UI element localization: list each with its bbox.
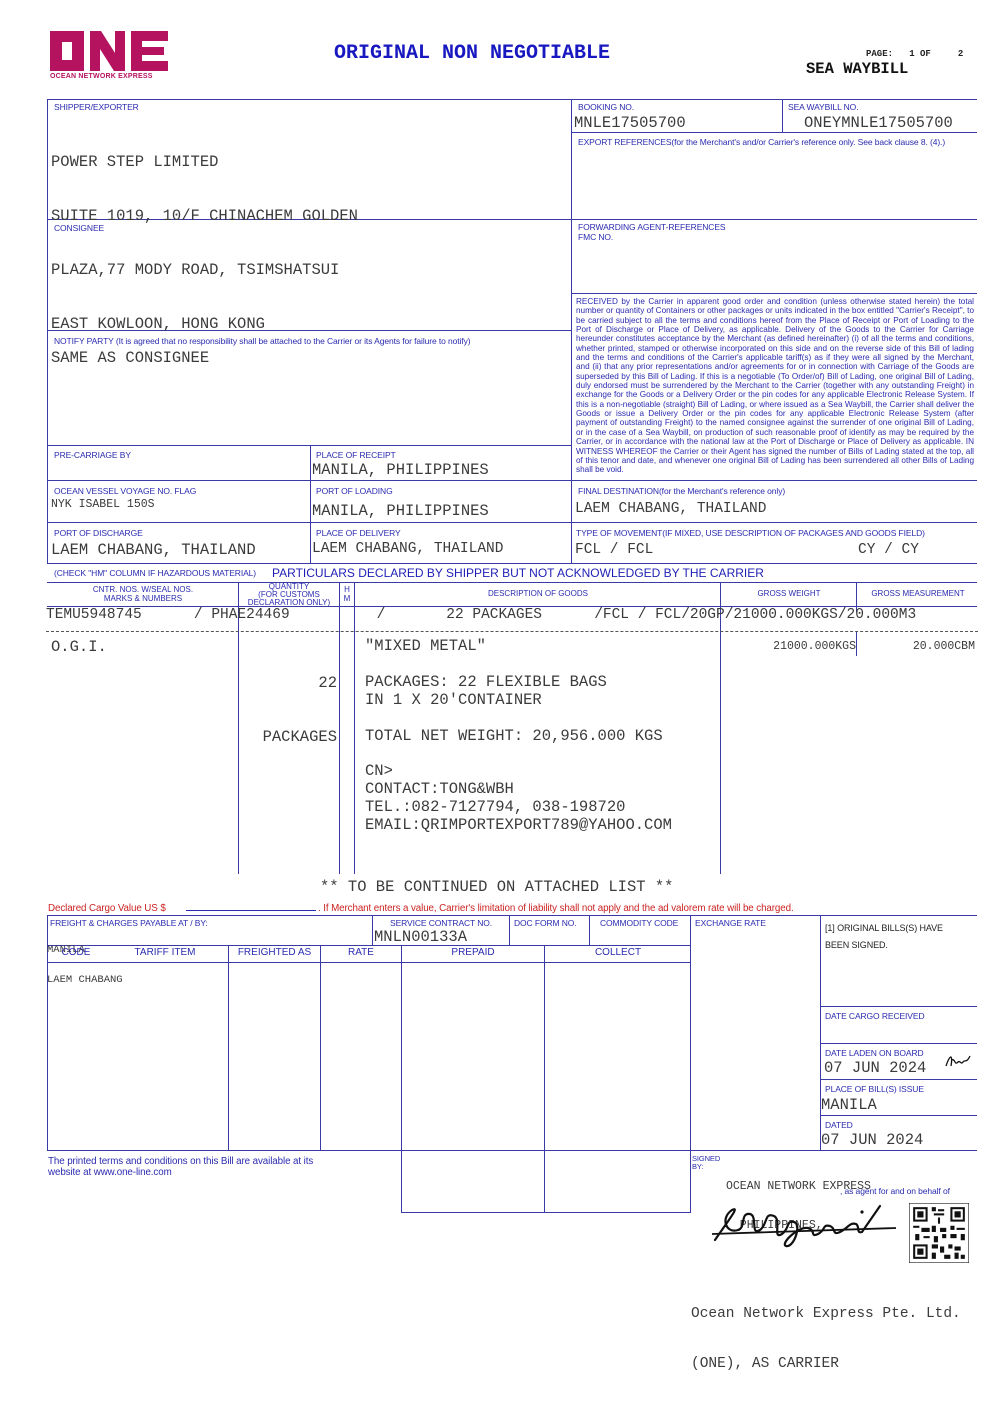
page-label: PAGE:: [866, 49, 893, 59]
terms-notice-line1: The printed terms and conditions on this…: [48, 1156, 313, 1167]
divider: [47, 99, 48, 563]
divider: [320, 945, 321, 1150]
date-laden-label: DATE LADEN ON BOARD: [825, 1048, 924, 1058]
signed-by-label: SIGNED BY:: [692, 1155, 720, 1171]
divider: [544, 945, 545, 1213]
divider: [820, 1115, 977, 1116]
goods-description-line: TEL.:082-7127794, 038-198720: [365, 799, 672, 817]
place-of-delivery-label: PLACE OF DELIVERY: [316, 528, 401, 538]
divider: [571, 293, 977, 294]
final-destination-value: LAEM CHABANG, THAILAND: [575, 501, 766, 517]
port-of-discharge-label: PORT OF DISCHARGE: [54, 528, 143, 538]
column-header-gross-weight: GROSS WEIGHT: [722, 590, 856, 599]
port-of-loading-label: PORT OF LOADING: [316, 486, 393, 496]
commodity-code-label: COMMODITY CODE: [600, 918, 678, 928]
goods-description-line: IN 1 X 20'CONTAINER: [365, 692, 672, 710]
freight-header-rate: RATE: [321, 949, 401, 958]
notify-party-label: NOTIFY PARTY (It is agreed that no respo…: [54, 336, 470, 346]
divider: [401, 945, 402, 1213]
carrier-name: Ocean Network Express Pte. Ltd. (ONE), A…: [691, 1273, 961, 1389]
divider: [509, 915, 510, 945]
service-contract-value: MNLN00133A: [374, 928, 467, 946]
vessel-label: OCEAN VESSEL VOYAGE NO. FLAG: [54, 486, 196, 496]
column-header-quantity: QUANTITY (FOR CUSTOMS DECLARATION ONLY): [240, 583, 338, 607]
divider: [782, 99, 783, 132]
column-header-gross-measurement: GROSS MEASUREMENT: [858, 590, 978, 599]
place-of-receipt-value: MANILA, PHILIPPINES: [312, 461, 489, 479]
doc-form-label: DOC FORM NO.: [514, 918, 577, 928]
terms-notice: The printed terms and conditions on this…: [48, 1156, 313, 1178]
carrier-line: Ocean Network Express Pte. Ltd.: [691, 1306, 961, 1323]
document-title: ORIGINAL NON NEGOTIABLE: [334, 42, 610, 65]
divider: [47, 945, 690, 946]
port-of-discharge-value: LAEM CHABANG, THAILAND: [51, 541, 256, 559]
gross-weight-value: 21000.000KGS: [722, 640, 856, 653]
shipper-line: PLAZA,77 MODY ROAD, TSIMSHATSUI: [51, 261, 358, 279]
terms-notice-line2: website at www.one-line.com: [48, 1167, 313, 1178]
waybill-no-label: SEA WAYBILL NO.: [788, 102, 858, 112]
freight-payable-line: LAEM CHABANG: [47, 975, 123, 985]
dated-label: DATED: [825, 1120, 853, 1130]
agent-note: , as agent for and on behalf of: [840, 1186, 950, 1196]
goods-description-line: PACKAGES: 22 FLEXIBLE BAGS: [365, 674, 672, 692]
logo-subtitle: OCEAN NETWORK EXPRESS: [50, 73, 153, 80]
carrier-signature-icon: [710, 1200, 900, 1252]
freight-header-collect: COLLECT: [545, 949, 691, 958]
divider: [401, 1212, 691, 1213]
originals-line1: [1] ORIGINAL BILLS(S) HAVE: [825, 923, 943, 933]
goods-description-line: EMAIL:QRIMPORTEXPORT789@YAHOO.COM: [365, 817, 672, 835]
goods-description-line: [365, 745, 672, 763]
freight-header-tariff-item: TARIFF ITEM: [110, 949, 220, 958]
originals-line2: BEEN SIGNED.: [825, 940, 888, 950]
divider: [339, 582, 340, 874]
shipper-line: EAST KOWLOON, HONG KONG: [51, 315, 358, 333]
shipper-label: SHIPPER/EXPORTER: [54, 102, 139, 112]
freight-payable-value: MANILA LAEM CHABANG: [47, 925, 123, 995]
divider: [47, 480, 977, 481]
declared-value-label: Declared Cargo Value US $: [48, 903, 166, 914]
divider: [720, 582, 721, 874]
divider: [690, 915, 691, 1213]
page-total: 2: [958, 49, 963, 59]
goods-description-line: TOTAL NET WEIGHT: 20,956.000 KGS: [365, 728, 672, 746]
carrier-terms-text: RECEIVED by the Carrier in apparent good…: [576, 297, 974, 475]
waybill-number: ONEYMNLE17505700: [804, 114, 953, 132]
port-of-loading-value: MANILA, PHILIPPINES: [312, 502, 489, 520]
notify-party-value: SAME AS CONSIGNEE: [51, 349, 209, 367]
marks-value: O.G.I.: [51, 638, 107, 656]
goods-description-line: [365, 710, 672, 728]
booking-number: MNLE17505700: [574, 114, 686, 132]
divider: [47, 915, 977, 916]
divider: [571, 464, 572, 563]
divider: [571, 132, 977, 133]
freight-header-code: CODE: [48, 949, 104, 958]
divider: [372, 915, 373, 945]
declared-value-note: . If Merchant enters a value, Carrier's …: [318, 903, 794, 914]
movement-value-right: CY / CY: [858, 542, 919, 558]
export-references-label: EXPORT REFERENCES(for the Merchant's and…: [578, 137, 945, 147]
divider: [47, 445, 571, 446]
goods-description-line: CN>: [365, 763, 672, 781]
divider: [856, 632, 857, 656]
divider: [820, 1043, 977, 1044]
dated-value: 07 JUN 2024: [821, 1131, 923, 1149]
divider: [47, 99, 977, 100]
shipper-line: POWER STEP LIMITED: [51, 153, 358, 171]
column-header-description: DESCRIPTION OF GOODS: [356, 590, 720, 599]
place-of-receipt-label: PLACE OF RECEIPT: [316, 450, 396, 460]
column-header-marks: CNTR. NOS. W/SEAL NOS. MARKS & NUMBERS: [50, 586, 236, 603]
divider: [820, 1006, 977, 1007]
container-line: TEMU5948745 / PHAE24469 / 22 PACKAGES /F…: [46, 607, 916, 623]
movement-value-left: FCL / FCL: [575, 542, 653, 558]
column-header-hm: H M: [340, 586, 354, 603]
goods-description: "MIXED METAL" PACKAGES: 22 FLEXIBLE BAGS…: [365, 638, 672, 835]
goods-description-line: [365, 656, 672, 674]
divider: [47, 563, 977, 564]
particulars-heading: PARTICULARS DECLARED BY SHIPPER BUT NOT …: [272, 566, 764, 580]
service-contract-label: SERVICE CONTRACT NO.: [390, 918, 492, 928]
divider: [228, 945, 229, 1150]
place-of-issue-value: MANILA: [821, 1096, 877, 1114]
divider: [354, 582, 355, 874]
goods-description-line: CONTACT:TONG&WBH: [365, 781, 672, 799]
fmc-no-label: FMC NO.: [578, 232, 613, 242]
divider: [47, 582, 977, 583]
vessel-value: NYK ISABEL 150S: [51, 498, 155, 511]
carrier-line: (ONE), AS CARRIER: [691, 1356, 961, 1373]
divider: [310, 445, 311, 563]
consignee-label: CONSIGNEE: [54, 223, 104, 233]
forwarding-agent-label: FORWARDING AGENT-REFERENCES: [578, 222, 725, 232]
freight-header-prepaid: PREPAID: [402, 949, 544, 958]
quantity-unit: PACKAGES: [240, 728, 337, 746]
document-type: SEA WAYBILL: [806, 60, 908, 78]
gross-measurement-value: 20.000CBM: [858, 640, 975, 653]
quantity-value: 22 PACKAGES: [240, 638, 337, 764]
qr-code-icon: [909, 1203, 969, 1263]
divider: [47, 1150, 977, 1151]
freight-header-freighted-as: FREIGHTED AS: [229, 949, 320, 958]
declared-value-input[interactable]: [186, 910, 316, 911]
goods-description-line: "MIXED METAL": [365, 638, 672, 656]
divider: [47, 522, 977, 523]
one-logo-icon: [50, 31, 168, 71]
divider: [571, 99, 572, 464]
initials-signature-icon: [944, 1052, 972, 1070]
dashed-separator: [46, 631, 978, 632]
exchange-rate-label: EXCHANGE RATE: [695, 918, 766, 928]
shipper-value: POWER STEP LIMITED SUITE 1019, 10/F CHIN…: [51, 117, 358, 351]
divider: [47, 962, 690, 963]
divider: [589, 915, 590, 945]
place-of-issue-label: PLACE OF BILL(S) ISSUE: [825, 1084, 924, 1094]
quantity-number: 22: [240, 674, 337, 692]
page-current: 1 OF: [909, 49, 931, 59]
hazard-note: (CHECK "HM" COLUMN IF HAZARDOUS MATERIAL…: [54, 568, 256, 578]
page-indicator: PAGE: 1 OF 2: [866, 49, 963, 59]
continued-note: ** TO BE CONTINUED ON ATTACHED LIST **: [320, 878, 673, 896]
divider: [820, 1079, 977, 1080]
booking-label: BOOKING NO.: [578, 102, 634, 112]
place-of-delivery-value: LAEM CHABANG, THAILAND: [312, 541, 503, 557]
final-destination-label: FINAL DESTINATION(for the Merchant's ref…: [578, 486, 785, 496]
pre-carriage-label: PRE-CARRIAGE BY: [54, 450, 131, 460]
divider: [238, 582, 239, 874]
date-cargo-received-label: DATE CARGO RECEIVED: [825, 1011, 925, 1021]
movement-label: TYPE OF MOVEMENT(IF MIXED, USE DESCRIPTI…: [576, 528, 925, 538]
date-laden-value: 07 JUN 2024: [824, 1059, 926, 1077]
